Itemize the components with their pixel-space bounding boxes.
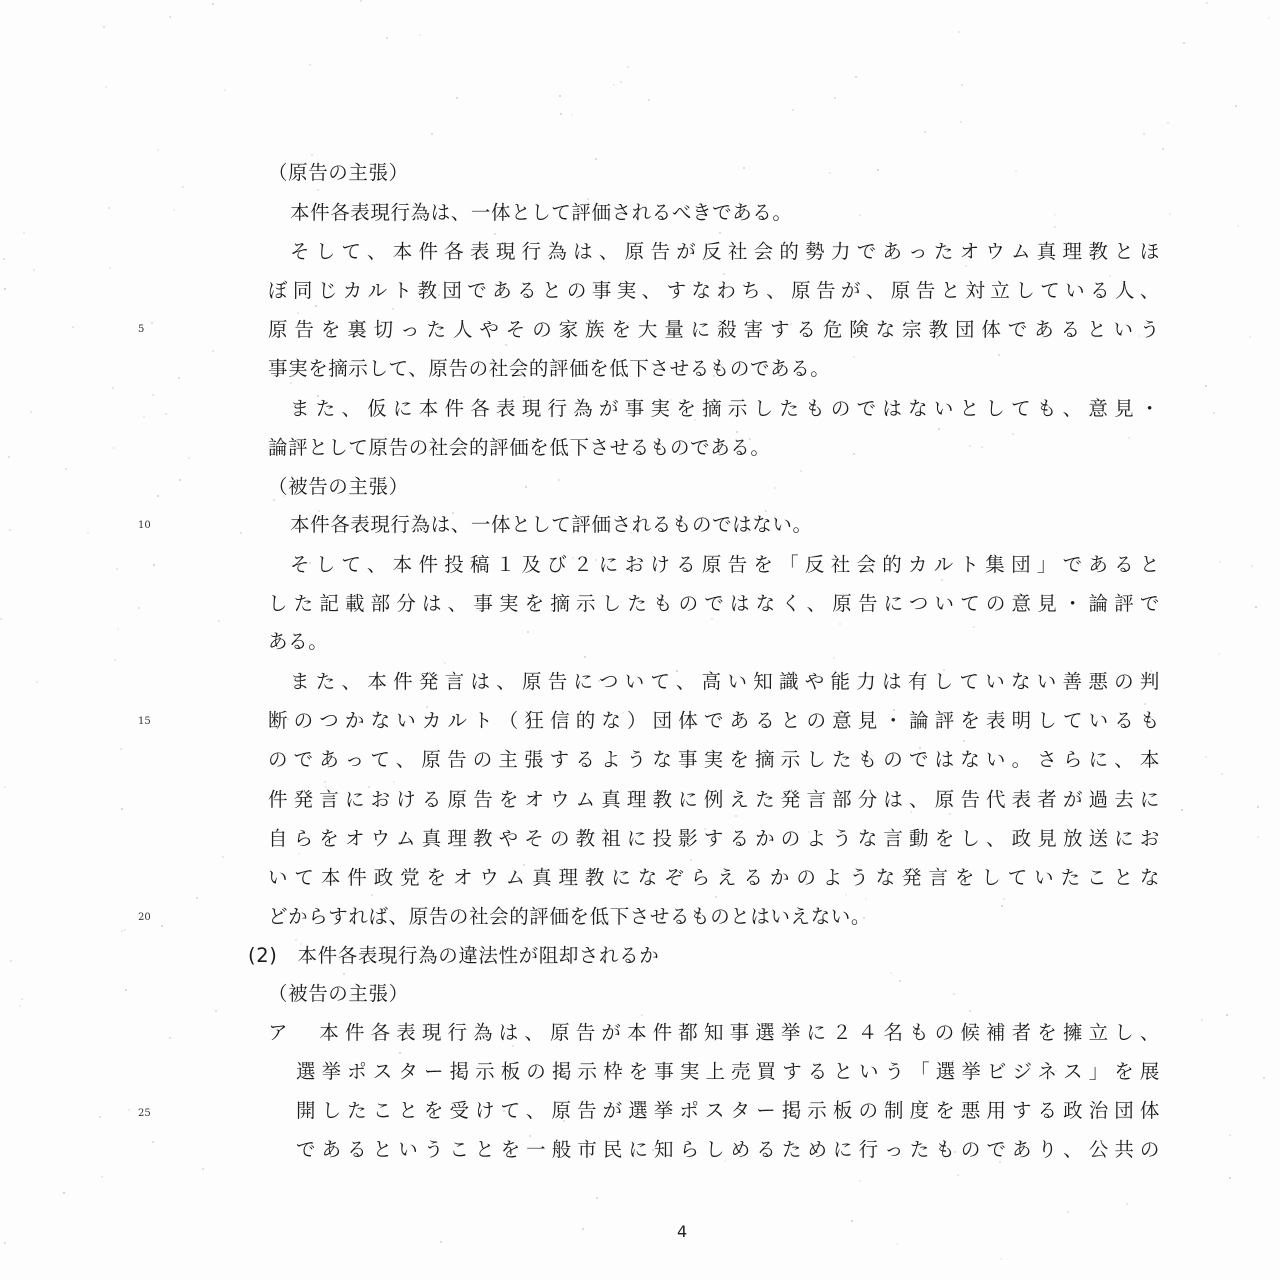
scan-speck — [153, 564, 155, 566]
scan-speck — [36, 681, 38, 683]
scan-speck — [392, 308, 394, 310]
scan-speck — [910, 811, 912, 813]
scan-speck — [1054, 214, 1056, 216]
text-line: （被告の主張） — [268, 974, 1160, 1013]
scan-speck — [315, 305, 317, 307]
scan-speck — [304, 917, 306, 919]
scan-speck — [527, 631, 529, 633]
scan-speck — [298, 853, 300, 855]
scan-speck — [704, 828, 706, 830]
scan-speck — [1183, 42, 1185, 44]
text-line: ある。 — [268, 622, 1160, 661]
scan-speck — [529, 1135, 531, 1137]
scan-speck — [218, 620, 220, 622]
scan-speck — [596, 1197, 598, 1199]
scan-speck — [853, 453, 855, 455]
scan-speck — [124, 929, 126, 931]
scan-speck — [128, 1109, 130, 1111]
scan-speck — [188, 457, 190, 459]
scan-speck — [0, 618, 2, 620]
page-number: 4 — [677, 1222, 687, 1241]
scan-speck — [743, 167, 745, 169]
scan-speck — [957, 1174, 959, 1176]
scan-speck — [1237, 225, 1239, 227]
scan-speck — [851, 1220, 853, 1222]
scan-speck — [30, 411, 32, 413]
scan-speck — [1103, 831, 1105, 833]
scan-speck — [961, 84, 963, 86]
scan-speck — [360, 0, 362, 2]
scan-speck — [105, 86, 107, 88]
scan-speck — [958, 31, 960, 33]
scan-speck — [182, 186, 184, 188]
scan-speck — [1162, 148, 1164, 150]
scan-speck — [1012, 433, 1014, 435]
text-line: いて本件政党をオウム真理教になぞらえるかのような発言をしていたことな — [268, 858, 1160, 897]
scan-speck — [1054, 226, 1056, 228]
text-line: 開したことを受けて、原告が選挙ポスター掲示板の制度を悪用する政治団体 — [296, 1091, 1160, 1130]
scan-speck — [1003, 898, 1005, 900]
scan-speck — [765, 510, 767, 512]
scan-speck — [438, 294, 440, 296]
scan-speck — [3, 258, 5, 260]
scan-speck — [10, 960, 12, 962]
scan-speck — [157, 495, 159, 497]
scan-speck — [240, 532, 242, 534]
scan-speck — [4, 288, 6, 290]
scan-speck — [151, 322, 153, 324]
scan-speck — [859, 214, 861, 216]
scan-speck — [318, 510, 320, 512]
scan-speck — [690, 859, 692, 861]
scan-speck — [525, 486, 527, 488]
text-line: そして、本件各表現行為は、原告が反社会的勢力であったオウム真理教とほ — [290, 232, 1160, 271]
scan-speck — [125, 989, 127, 991]
scan-speck — [99, 1116, 101, 1118]
scan-speck — [924, 131, 926, 133]
scan-speck — [973, 626, 975, 628]
scan-speck — [563, 1120, 565, 1122]
scan-speck — [808, 831, 810, 833]
scan-speck — [1205, 385, 1207, 387]
scan-speck — [212, 350, 214, 352]
scan-speck — [890, 972, 892, 974]
scan-speck — [152, 1141, 154, 1143]
scan-speck — [503, 1110, 505, 1112]
scan-speck — [624, 291, 626, 293]
text-line: 自らをオウム真理教やその教祖に投影するかのような言動をし、政見放送にお — [268, 819, 1160, 858]
scan-speck — [723, 273, 725, 275]
text-line: どからすれば、原告の社会的評価を低下させるものとはいえない。 — [268, 897, 1160, 936]
scan-speck — [273, 499, 275, 501]
text-line: ア 本件各表現行為は、原告が本件都知事選挙に２４名もの候補者を擁立し、 — [268, 1013, 1160, 1052]
scan-speck — [838, 1104, 840, 1106]
scan-speck — [283, 495, 285, 497]
scan-speck — [300, 943, 302, 945]
scan-speck — [853, 356, 855, 358]
text-line: (2) 本件各表現行為の違法性が阻却されるか — [248, 936, 1140, 975]
scan-speck — [936, 338, 938, 340]
scan-speck — [120, 748, 122, 750]
scan-speck — [503, 1068, 505, 1070]
scan-speck — [999, 1161, 1001, 1163]
scan-speck — [1169, 213, 1171, 215]
scan-speck — [558, 479, 560, 481]
scan-speck — [652, 1149, 654, 1151]
scan-speck — [1221, 773, 1223, 775]
scan-speck — [1126, 1203, 1128, 1205]
scan-speck — [87, 532, 89, 534]
scan-speck — [456, 97, 458, 99]
scan-speck — [1235, 105, 1237, 107]
scan-speck — [1144, 703, 1146, 705]
scan-speck — [969, 1010, 971, 1012]
scan-speck — [1122, 597, 1124, 599]
scan-speck — [1073, 1026, 1075, 1028]
scan-speck — [169, 1037, 171, 1039]
scan-speck — [317, 395, 319, 397]
scan-speck — [723, 370, 725, 372]
scan-speck — [109, 267, 111, 269]
scan-speck — [419, 34, 421, 36]
scan-speck — [368, 786, 370, 788]
scan-speck — [173, 209, 175, 211]
scan-speck — [393, 781, 395, 783]
scan-speck — [872, 755, 874, 757]
scan-speck — [1229, 1134, 1231, 1136]
scan-speck — [636, 803, 638, 805]
scan-speck — [1138, 335, 1140, 337]
scan-speck — [224, 89, 226, 91]
scan-speck — [8, 456, 10, 458]
scan-speck — [1251, 565, 1253, 567]
scan-speck — [631, 562, 633, 564]
scan-speck — [877, 169, 879, 171]
scan-speck — [1255, 606, 1257, 608]
scan-speck — [613, 84, 615, 86]
scan-speck — [694, 419, 696, 421]
scan-speck — [943, 669, 945, 671]
text-line: であるということを一般市民に知らしめるために行ったものであり、公共の — [296, 1130, 1160, 1169]
scan-speck — [290, 382, 292, 384]
scan-speck — [780, 686, 782, 688]
scan-speck — [452, 512, 454, 514]
text-line: 論評として原告の社会的評価を低下させるものである。 — [268, 428, 1160, 467]
scan-speck — [859, 1180, 861, 1182]
scan-speck — [121, 808, 123, 810]
scan-speck — [1201, 1019, 1203, 1021]
scan-speck — [735, 815, 737, 817]
scan-speck — [202, 1168, 204, 1170]
scan-speck — [101, 1176, 103, 1178]
text-line: 件発言における原告をオウム真理教に例えた発言部分は、原告代表者が過去に — [268, 780, 1160, 819]
scan-speck — [292, 375, 294, 377]
scan-speck — [399, 1052, 401, 1054]
scan-speck — [938, 428, 940, 430]
scan-speck — [386, 37, 388, 39]
scan-speck — [494, 233, 496, 235]
scan-speck — [1150, 877, 1152, 879]
scan-speck — [619, 355, 621, 357]
scan-speck — [1218, 653, 1220, 655]
scan-speck — [4, 1242, 6, 1244]
scan-speck — [4, 786, 6, 788]
scan-speck — [1229, 1177, 1231, 1179]
scan-speck — [116, 568, 118, 570]
scan-speck — [371, 894, 373, 896]
line-number: 25 — [138, 1108, 151, 1119]
scan-speck — [1205, 756, 1207, 758]
scan-speck — [584, 1099, 586, 1101]
scan-speck — [9, 529, 11, 531]
scan-speck — [19, 1005, 21, 1007]
scan-speck — [308, 211, 310, 213]
line-number: 15 — [138, 716, 151, 727]
scan-speck — [1150, 670, 1152, 672]
scan-speck — [736, 431, 738, 433]
scan-speck — [670, 399, 672, 401]
scan-speck — [1226, 1014, 1228, 1016]
scan-speck — [863, 917, 865, 919]
scan-speck — [633, 1151, 635, 1153]
scan-speck — [713, 375, 715, 377]
scan-speck — [1167, 122, 1169, 124]
document-page: （原告の主張）本件各表現行為は、一体として評価されるべきである。そして、本件各表… — [0, 0, 1280, 1280]
scan-speck — [287, 718, 289, 720]
scan-speck — [161, 925, 163, 927]
text-line: 本件各表現行為は、一体として評価されるべきである。 — [290, 193, 1160, 232]
scan-speck — [103, 26, 105, 28]
scan-speck — [23, 232, 25, 234]
scan-speck — [309, 562, 311, 564]
scan-speck — [523, 864, 525, 866]
text-line: また、本件発言は、原告について、高い知識や能力は有していない善悪の判 — [290, 662, 1160, 701]
scan-speck — [919, 747, 921, 749]
scan-speck — [990, 880, 992, 882]
scan-speck — [33, 269, 35, 271]
scan-speck — [560, 113, 562, 115]
scan-speck — [112, 387, 114, 389]
scan-speck — [998, 354, 1000, 356]
scan-speck — [981, 446, 983, 448]
text-line: 断のつかないカルト（狂信的な）団体であるとの意見・論評を表明しているも — [268, 701, 1160, 740]
scan-speck — [949, 813, 951, 815]
scan-speck — [444, 248, 446, 250]
scan-speck — [963, 740, 965, 742]
scan-speck — [65, 468, 67, 470]
scan-speck — [965, 265, 967, 267]
scan-speck — [960, 121, 962, 123]
scan-speck — [590, 319, 592, 321]
scan-speck — [833, 657, 835, 659]
scan-speck — [1152, 760, 1154, 762]
scan-speck — [505, 344, 507, 346]
scan-speck — [953, 993, 955, 995]
scan-speck — [309, 64, 311, 66]
scan-speck — [121, 930, 123, 932]
scan-speck — [63, 1192, 65, 1194]
scan-speck — [426, 706, 428, 708]
scan-speck — [114, 659, 116, 661]
scan-speck — [325, 786, 327, 788]
scan-speck — [222, 856, 224, 858]
scan-speck — [647, 525, 649, 527]
scan-speck — [800, 470, 802, 472]
scan-speck — [582, 1228, 584, 1230]
text-line: のであって、原告の主張するような事実を摘示したものではない。さらに、本 — [268, 740, 1160, 779]
scan-speck — [572, 557, 574, 559]
scan-speck — [512, 1045, 514, 1047]
scan-speck — [865, 898, 867, 900]
scan-speck — [829, 172, 831, 174]
scan-speck — [952, 1060, 954, 1062]
scan-speck — [350, 447, 352, 449]
scan-speck — [893, 709, 895, 711]
scan-speck — [113, 447, 115, 449]
scan-speck — [138, 607, 140, 609]
scan-speck — [845, 894, 847, 896]
scan-speck — [1128, 437, 1130, 439]
scan-speck — [523, 396, 525, 398]
scan-speck — [629, 557, 631, 559]
text-line: ぼ同じカルト教団であるとの事実、すなわち、原告が、原告と対立している人、 — [268, 271, 1160, 310]
text-line: した記載部分は、事実を摘示したものではなく、原告についての意見・論評で — [268, 584, 1160, 623]
scan-speck — [896, 1243, 898, 1245]
line-number: 20 — [138, 912, 151, 923]
text-line: （原告の主張） — [268, 153, 1160, 192]
scan-speck — [571, 114, 573, 116]
scan-speck — [969, 445, 971, 447]
scan-speck — [749, 438, 751, 440]
scan-speck — [622, 712, 624, 714]
scan-speck — [143, 416, 145, 418]
scan-speck — [641, 1014, 643, 1016]
scan-speck — [774, 487, 776, 489]
scan-speck — [620, 81, 622, 83]
scan-speck — [1181, 809, 1183, 811]
scan-speck — [584, 656, 586, 658]
text-line: 本件各表現行為は、一体として評価されるものではない。 — [290, 505, 1160, 544]
scan-speck — [152, 394, 154, 396]
scan-speck — [1055, 1070, 1057, 1072]
scan-speck — [108, 207, 110, 209]
text-line: また、仮に本件各表現行為が事実を摘示したものではないとしても、意見・ — [290, 389, 1160, 428]
scan-speck — [855, 76, 857, 78]
scan-speck — [1067, 1211, 1069, 1213]
scan-speck — [196, 897, 198, 899]
scan-speck — [1257, 836, 1259, 838]
scan-speck — [1000, 1258, 1002, 1260]
scan-speck — [719, 232, 721, 234]
scan-speck — [1263, 1077, 1265, 1079]
scan-speck — [604, 920, 606, 922]
scan-speck — [297, 312, 299, 314]
scan-speck — [117, 628, 119, 630]
scan-speck — [1219, 561, 1221, 563]
scan-speck — [157, 149, 159, 151]
scan-speck — [595, 158, 597, 160]
scan-speck — [72, 326, 74, 328]
scan-speck — [444, 662, 446, 664]
scan-speck — [311, 154, 313, 156]
scan-speck — [1206, 2, 1208, 4]
scan-speck — [899, 980, 901, 982]
line-number: 5 — [138, 324, 144, 335]
scan-speck — [169, 16, 171, 18]
text-line: 選挙ポスター掲示板の掲示枠を事実上売買するという「選挙ビジネス」を展 — [296, 1052, 1160, 1091]
scan-speck — [1015, 170, 1017, 172]
scan-speck — [521, 361, 523, 363]
scan-speck — [676, 670, 678, 672]
scan-speck — [431, 133, 433, 135]
scan-speck — [834, 97, 836, 99]
scan-speck — [954, 1151, 956, 1153]
scan-speck — [450, 835, 452, 837]
line-number: 10 — [138, 520, 151, 531]
scan-speck — [1109, 275, 1111, 277]
scan-speck — [627, 66, 629, 68]
scan-speck — [790, 323, 792, 325]
scan-speck — [215, 1010, 217, 1012]
scan-speck — [178, 377, 180, 379]
scan-speck — [595, 559, 597, 561]
scan-speck — [559, 95, 561, 97]
scan-speck — [579, 1107, 581, 1109]
scan-speck — [598, 680, 600, 682]
scan-speck — [1097, 560, 1099, 562]
scan-speck — [165, 413, 167, 415]
scan-speck — [295, 939, 297, 941]
scan-speck — [1001, 905, 1003, 907]
scan-speck — [1155, 674, 1157, 676]
scan-speck — [1257, 806, 1259, 808]
scan-speck — [1249, 336, 1251, 338]
scan-speck — [648, 99, 650, 101]
scan-speck — [179, 479, 181, 481]
text-line: （被告の主張） — [268, 467, 1160, 506]
scan-speck — [587, 198, 589, 200]
scan-speck — [724, 1160, 726, 1162]
scan-speck — [941, 579, 943, 581]
scan-speck — [317, 189, 319, 191]
scan-speck — [1268, 17, 1270, 19]
scan-speck — [839, 623, 841, 625]
scan-speck — [324, 781, 326, 783]
scan-speck — [792, 109, 794, 111]
scan-speck — [597, 370, 599, 372]
scan-speck — [440, 1241, 442, 1243]
scan-speck — [920, 406, 922, 408]
scan-speck — [212, 3, 214, 5]
scan-speck — [715, 896, 717, 898]
text-line: 事実を摘示して、原告の社会的評価を低下させるものである。 — [268, 349, 1160, 388]
scan-speck — [1143, 133, 1145, 135]
scan-speck — [21, 998, 23, 1000]
scan-speck — [711, 618, 713, 620]
scan-speck — [1213, 412, 1215, 414]
scan-speck — [343, 973, 345, 975]
text-line: 原告を裏切った人やその家族を大量に殺害する危険な宗教団体であるという — [268, 310, 1160, 349]
scan-speck — [630, 532, 632, 534]
text-line: そして、本件投稿１及び２における原告を「反社会的カルト集団」であると — [290, 545, 1160, 584]
